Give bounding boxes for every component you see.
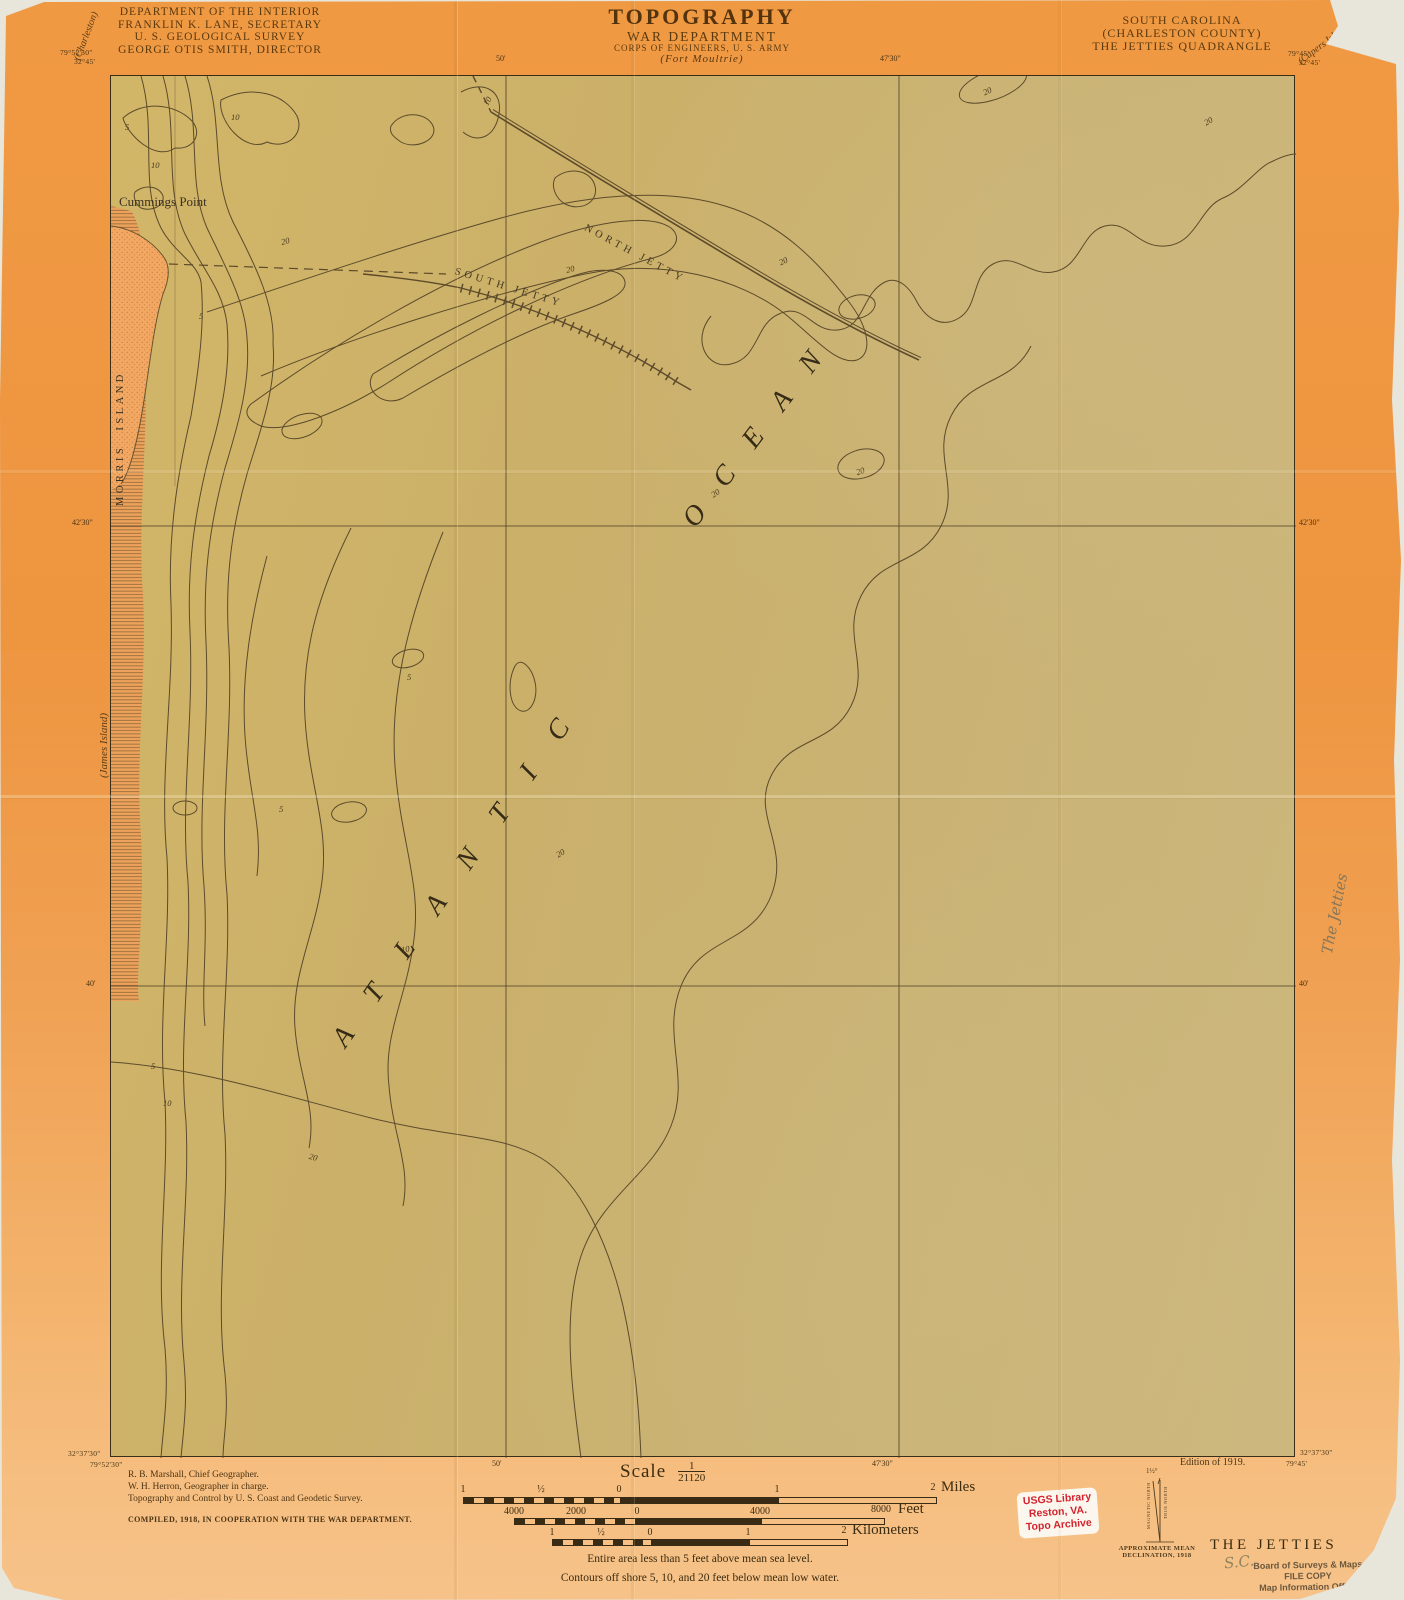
scalebar-unit: Feet [898, 1501, 924, 1518]
contour-depth-label: 5 [199, 311, 203, 321]
sea-level-note: Entire area less than 5 feet above mean … [390, 1553, 1010, 1565]
corner-coord: 79°45' [1288, 49, 1309, 58]
contour-depth-label: 10 [231, 112, 240, 122]
scalebar-segment [515, 1519, 638, 1524]
contour-depth-label: 20 [308, 1151, 319, 1163]
meridian-tick: 47'30" [880, 54, 901, 63]
declination-caption: APPROXIMATE MEAN DECLINATION, 1918 [1105, 1545, 1209, 1559]
quadrangle-block: SOUTH CAROLINA (CHARLESTON COUNTY) THE J… [1062, 14, 1302, 53]
scalebar-number: 0 [635, 1506, 640, 1517]
fold-crease [0, 470, 1404, 473]
place-label-morris-island: MORRIS ISLAND [115, 371, 126, 506]
sheet-title: THE JETTIES [1210, 1537, 1337, 1554]
corps-line: CORPS OF ENGINEERS, U. S. ARMY [552, 43, 852, 53]
parallel-tick: 42'30" [72, 518, 93, 527]
parallel-tick: 42'30" [1299, 518, 1320, 527]
true-north-label: TRUE NORTH [1163, 1486, 1168, 1519]
contour-depth-label: 10 [151, 160, 160, 170]
scalebar-number: 1 [746, 1527, 751, 1538]
scalebar-kilometers [552, 1539, 848, 1546]
scalebar-number: 8000 [871, 1504, 891, 1515]
scalebar-number: 4000 [750, 1506, 770, 1517]
scalebar-segment [651, 1540, 749, 1545]
contour-depth-label: 5 [407, 672, 411, 682]
contour-depth-label: 5 [125, 122, 129, 132]
adjoining-quad-james-island: (James Island) [98, 713, 110, 778]
edition-note: Edition of 1919. [1180, 1457, 1245, 1468]
corner-coord: 79°52'30" [60, 48, 93, 57]
magnetic-north-label: MAGNETIC NORTH [1146, 1482, 1151, 1529]
scalebar-unit: Miles [941, 1479, 975, 1496]
agency-block: DEPARTMENT OF THE INTERIOR FRANKLIN K. L… [100, 6, 340, 56]
agency-line: FRANKLIN K. LANE, SECRETARY [100, 19, 340, 32]
contour-depth-label: 20 [280, 235, 291, 247]
fold-crease [631, 0, 634, 1600]
scalebar-number: ½ [537, 1484, 545, 1495]
morris-island-land [111, 206, 168, 1001]
meridian-tick: 47'30" [872, 1459, 893, 1468]
credit-line: R. B. Marshall, Chief Geographer. [128, 1470, 259, 1480]
scale-fraction: 1 21120 [678, 1461, 705, 1483]
corner-coord: 32°37'30" [68, 1449, 101, 1458]
bathymetric-contours-drawing [111, 76, 1296, 1458]
depth-contours [111, 76, 1296, 1458]
scalebar-number: 1 [775, 1484, 780, 1495]
fort-moultrie-note: (Fort Moultrie) [552, 53, 852, 65]
scale-word: Scale [620, 1461, 666, 1483]
scalebar-feet [514, 1518, 885, 1525]
parallel-tick: 40' [86, 979, 95, 988]
declination-caption-line: DECLINATION, 1918 [1105, 1552, 1209, 1559]
scalebar-unit: Kilometers [852, 1522, 919, 1539]
declination-diagram [1112, 1468, 1204, 1546]
map-series-title: TOPOGRAPHY [552, 4, 852, 30]
map-body: Cummings Point MORRIS ISLAND NORTH JETTY… [110, 75, 1295, 1457]
scalebar-segment [553, 1540, 651, 1545]
agency-line: GEORGE OTIS SMITH, DIRECTOR [100, 44, 340, 57]
corner-coord: 32°45' [74, 57, 95, 66]
contour-interval-note: Contours off shore 5, 10, and 20 feet be… [390, 1572, 1010, 1584]
scalebar-number: 1 [461, 1484, 466, 1495]
scalebar-number: 0 [648, 1527, 653, 1538]
contour-depth-label: 5 [151, 1061, 155, 1071]
contour-depth-label: 5 [279, 804, 283, 814]
contour-depth-label: 10 [400, 943, 410, 954]
parallel-tick: 40' [1299, 979, 1308, 988]
fold-crease [0, 795, 1404, 798]
corner-coord: 32°37'30" [1300, 1448, 1333, 1457]
scalebar-segment [464, 1498, 620, 1503]
scale-denominator: 21120 [678, 1471, 705, 1483]
meridian-tick: 50' [496, 54, 505, 63]
scale-numerator: 1 [678, 1461, 705, 1471]
scalebar-number: 2 [842, 1525, 847, 1536]
graticule-grid [111, 76, 1296, 1458]
scalebar-number: 4000 [504, 1506, 524, 1517]
declination-angle: 1½° [1146, 1467, 1158, 1475]
scalebar-miles [463, 1497, 937, 1504]
contour-depth-label: 10 [163, 1098, 172, 1108]
agency-line: U. S. GEOLOGICAL SURVEY [100, 31, 340, 44]
scalebar-segment [638, 1519, 761, 1524]
scalebar-number: 0 [617, 1484, 622, 1495]
scalebar-segment [749, 1540, 847, 1545]
scalebar-number: 2 [931, 1482, 936, 1493]
fold-crease [1058, 0, 1061, 1600]
meridian-tick: 50' [492, 1459, 501, 1468]
scalebar-segment [620, 1498, 778, 1503]
scalebar-number: ½ [597, 1527, 605, 1538]
fold-crease [454, 0, 457, 1600]
board-of-surveys-stamp: Board of Surveys & Maps FILE COPY Map In… [1238, 1559, 1379, 1594]
quadrangle-line: THE JETTIES QUADRANGLE [1062, 40, 1302, 53]
contour-depth-label: 20 [565, 263, 575, 275]
scalebar-number: 1 [550, 1527, 555, 1538]
credit-line: W. H. Herron, Geographer in charge. [128, 1482, 269, 1492]
declination-caption-line: APPROXIMATE MEAN [1105, 1545, 1209, 1552]
place-label-cummings-point: Cummings Point [119, 194, 207, 210]
agency-line: DEPARTMENT OF THE INTERIOR [100, 6, 340, 19]
corner-coord: 32°45' [1299, 58, 1320, 67]
scalebar-number: 2000 [566, 1506, 586, 1517]
credit-line: Topography and Control by U. S. Coast an… [128, 1494, 363, 1504]
compiled-line: COMPILED, 1918, IN COOPERATION WITH THE … [128, 1515, 412, 1524]
corner-coord: 79°45' [1286, 1459, 1307, 1468]
corner-coord: 79°52'30" [90, 1460, 123, 1469]
stamp-line: Map Information Office [1238, 1581, 1378, 1594]
handwritten-sheet-name: The Jetties [1318, 872, 1351, 956]
map-sheet: DEPARTMENT OF THE INTERIOR FRANKLIN K. L… [0, 0, 1404, 1600]
